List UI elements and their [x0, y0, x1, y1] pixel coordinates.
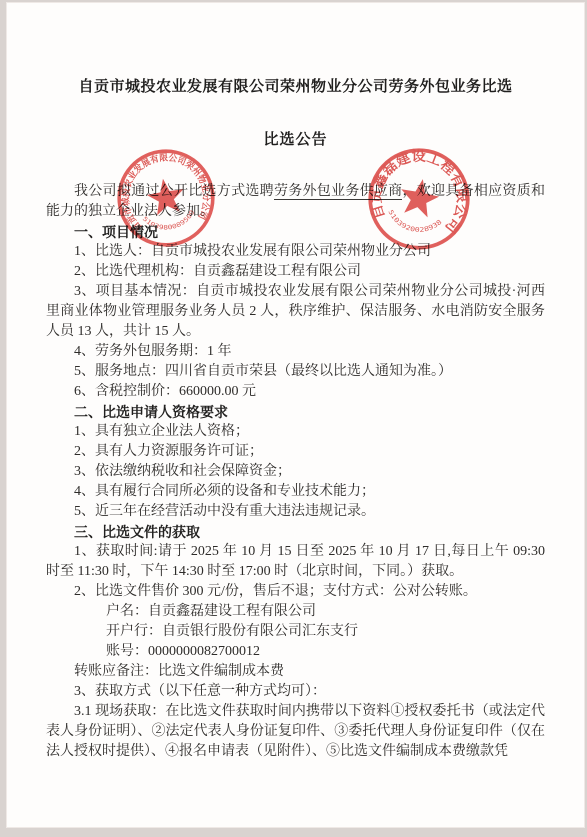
document-title: 自贡市城投农业发展有限公司荣州物业分公司劳务外包业务比选	[46, 76, 545, 98]
intro-text-pre: 我公司拟通过公开比选方式选聘	[74, 184, 274, 199]
document-body: 自贡市城投农业发展有限公司荣州物业分公司劳务外包业务比选 比选公告 我公司拟通过…	[6, 2, 585, 762]
bank-branch: 开户行：自贡银行股份有限公司汇东支行	[46, 622, 545, 642]
intro-paragraph: 我公司拟通过公开比选方式选聘劳务外包业务供应商，欢迎具备相应资质和能力的独立企业…	[46, 182, 545, 222]
qualification-item: 2、具有人力资源服务许可证；	[46, 442, 545, 462]
bank-account-name: 户名：自贡鑫磊建设工程有限公司	[46, 602, 545, 622]
section-heading-qualifications: 二、比选申请人资格要求	[46, 402, 545, 422]
section-heading-document-acquisition: 三、比选文件的获取	[46, 522, 545, 542]
item-service-location: 5、服务地点：四川省自贡市荣县（最终以比选人通知为准。）	[46, 362, 545, 382]
item-agency: 2、比选代理机构：自贡鑫磊建设工程有限公司	[46, 262, 545, 282]
qualification-item: 3、依法缴纳税收和社会保障资金；	[46, 462, 545, 482]
item-control-price: 6、含税控制价：660000.00 元	[46, 382, 545, 402]
qualification-item: 4、具有履行合同所必须的设备和专业技术能力；	[46, 482, 545, 502]
intro-underlined-text: 劳务外包业务供应商	[274, 184, 403, 200]
bank-account-number: 账号：0000000082700012	[46, 642, 545, 662]
item-document-price: 2、比选文件售价 300 元/份，售后不退；支付方式：公对公转账。	[46, 582, 545, 602]
scanned-document-page: 自贡市城投农业发展有限公司荣州物业分公司劳务外包业务比选 比选公告 我公司拟通过…	[6, 2, 585, 828]
item-project-basic-info: 3、项目基本情况：自贡市城投农业发展有限公司荣州物业分公司城投·河西里商业体物业…	[46, 282, 545, 342]
qualification-item: 1、具有独立企业法人资格；	[46, 422, 545, 442]
section-heading-project-info: 一、项目情况	[46, 222, 545, 242]
item-onsite-acquisition: 3.1 现场获取：在比选文件获取时间内携带以下资料①授权委托书（或法定代表人身份…	[46, 702, 545, 762]
announcement-text: 我公司拟通过公开比选方式选聘劳务外包业务供应商，欢迎具备相应资质和能力的独立企业…	[46, 182, 545, 762]
announcement-subtitle: 比选公告	[46, 130, 545, 150]
item-service-term: 4、劳务外包服务期：1 年	[46, 342, 545, 362]
item-acquisition-time: 1、获取时间:请于 2025 年 10 月 15 日至 2025 年 10 月 …	[46, 542, 545, 582]
qualification-item: 5、近三年在经营活动中没有重大违法违规记录。	[46, 502, 545, 522]
item-acquisition-method: 3、获取方式（以下任意一种方式均可）：	[46, 682, 545, 702]
transfer-note: 转账应备注：比选文件编制成本费	[46, 662, 545, 682]
item-selector: 1、比选人：自贡市城投农业发展有限公司荣州物业分公司	[46, 242, 545, 262]
